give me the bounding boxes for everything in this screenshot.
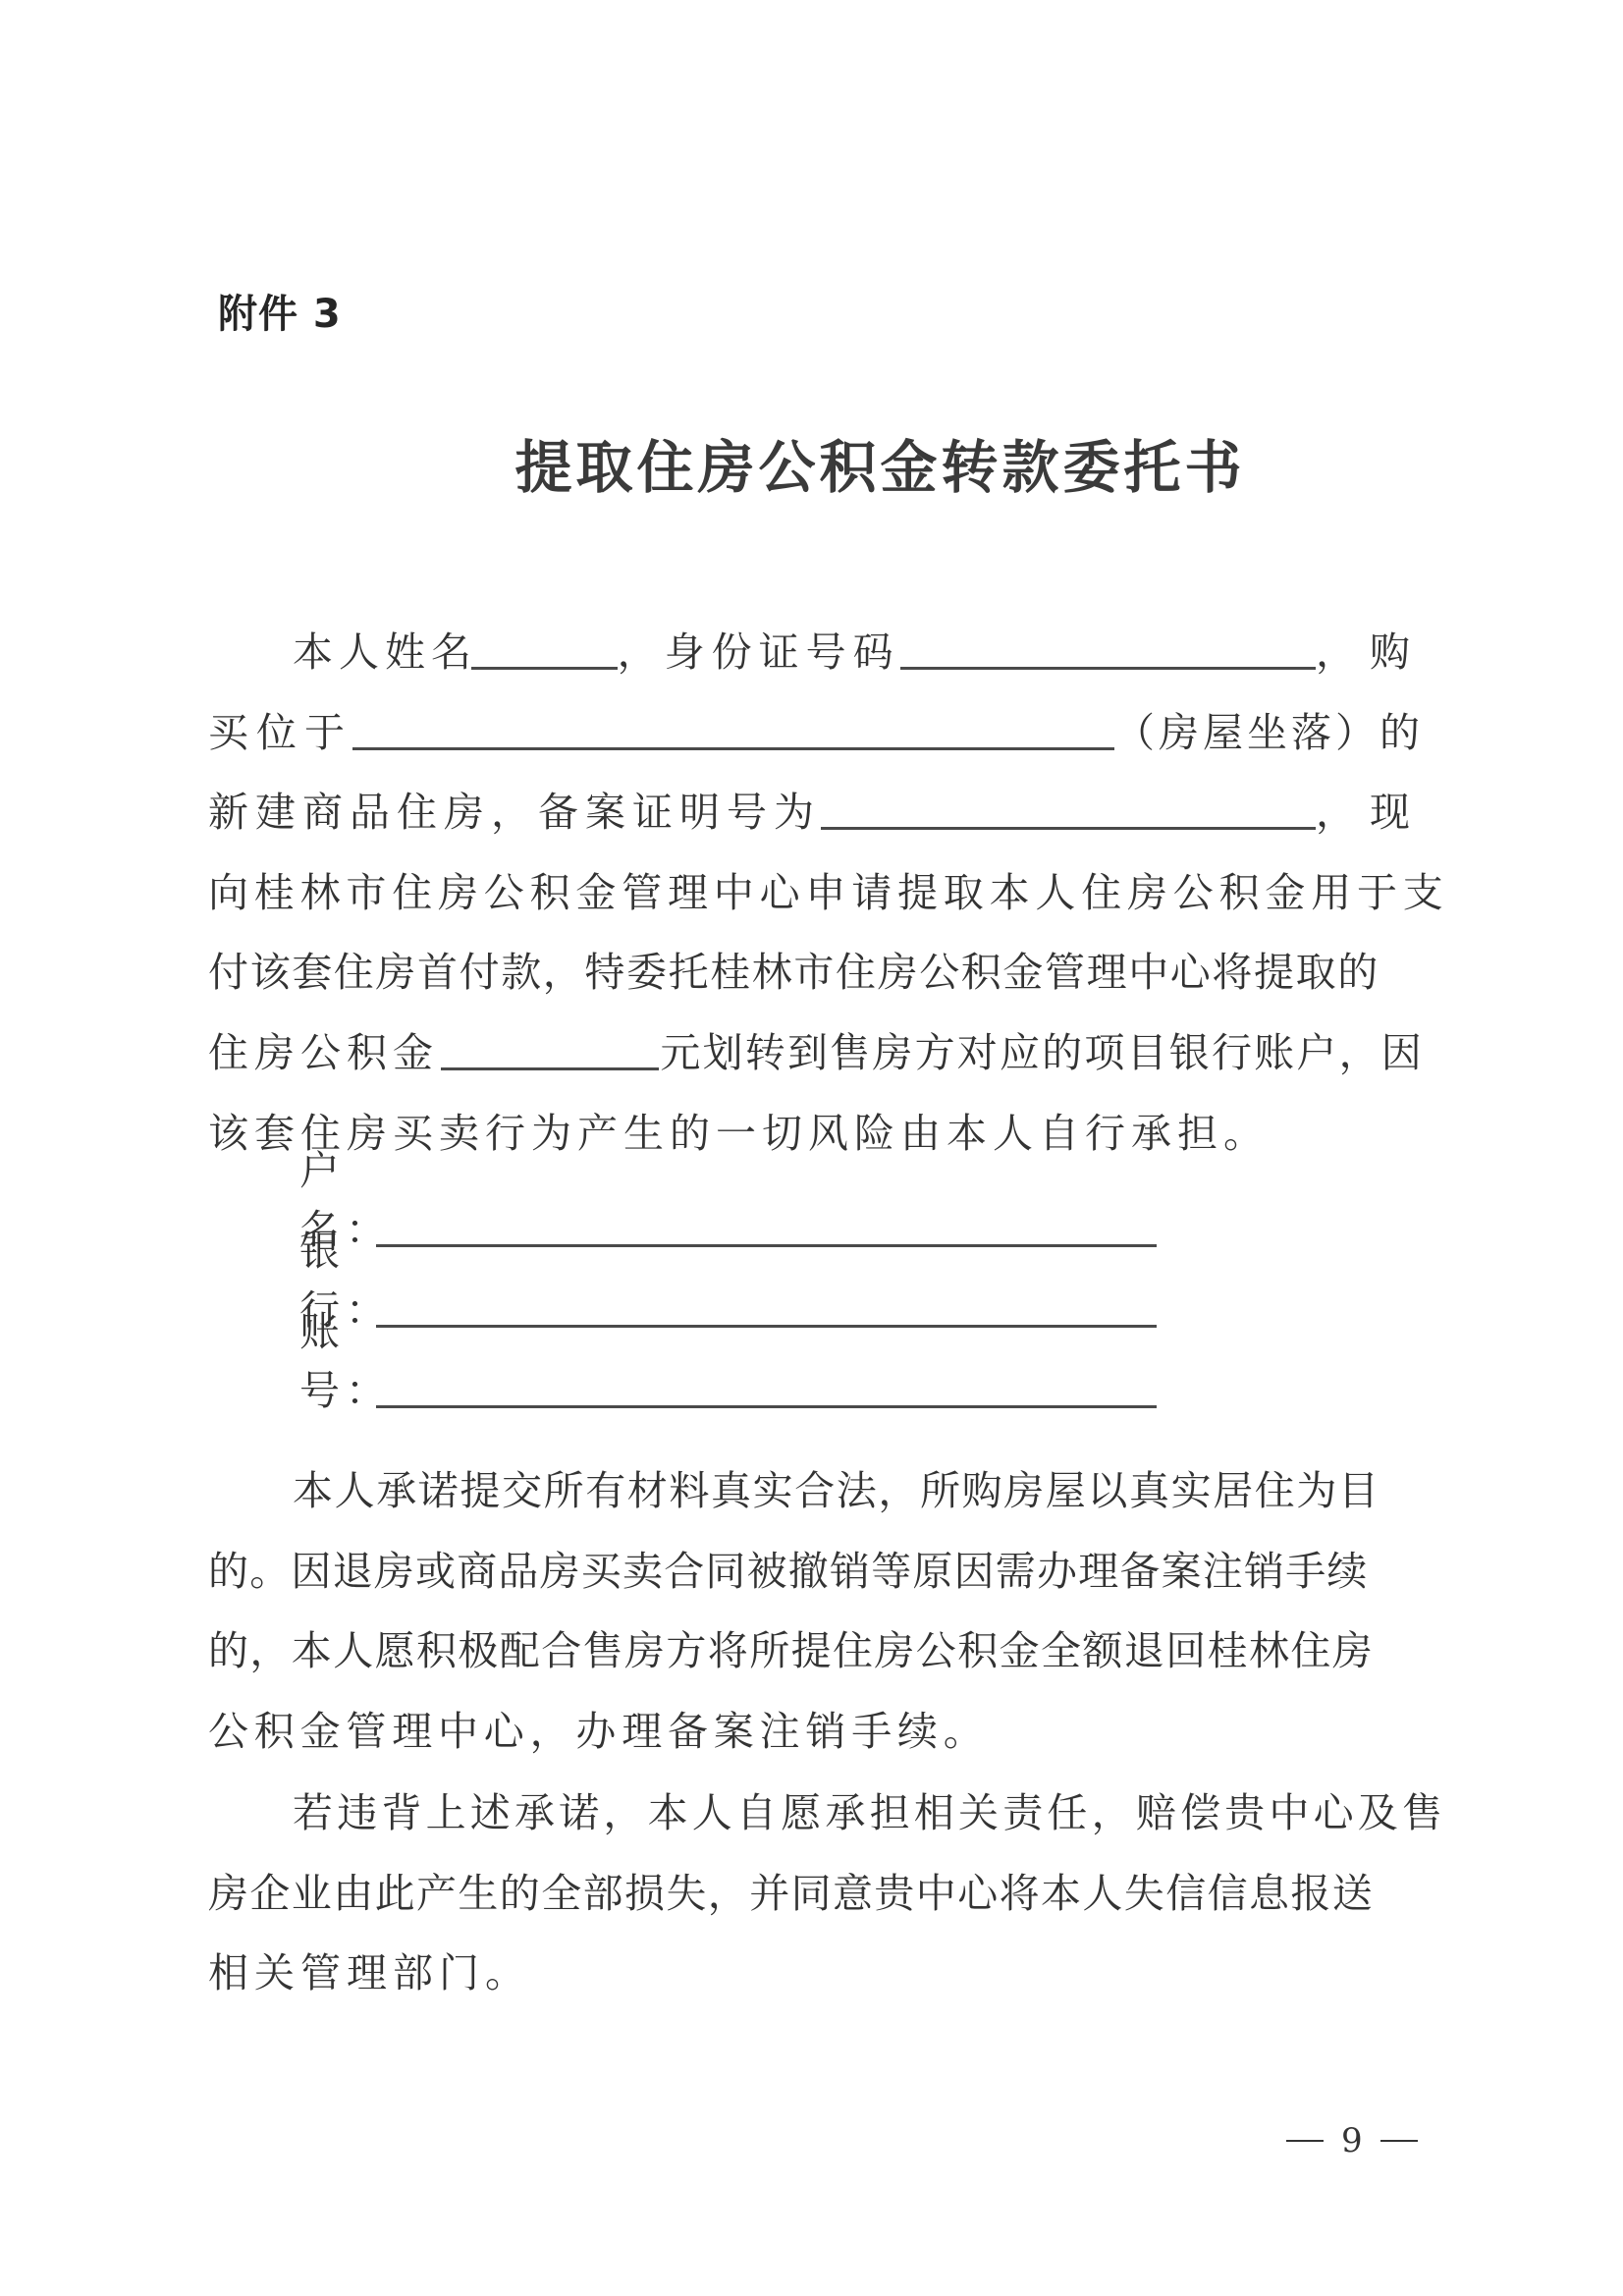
name-blank[interactable]	[471, 628, 618, 670]
paragraph-line: 向桂林市住房公积金管理中心申请提取本人住房公积金用于支	[208, 853, 1424, 934]
page-number-dash-left	[1286, 2140, 1324, 2142]
form-row-bank: 银行：	[299, 1259, 1157, 1339]
paragraph-commitment: 本人承诺提交所有材料真实合法，所购房屋以真实居住为目 的。因退房或商品房买卖合同…	[208, 1451, 1424, 1772]
text-filing-label: 新建商品住房，备案证明号为	[208, 773, 821, 853]
form-row-account-number: 账号：	[299, 1339, 1157, 1420]
paragraph-line: 公积金管理中心，办理备案注销手续。	[208, 1692, 1424, 1773]
paragraph-line: 房企业由此产生的全部损失，并同意贵中心将本人失信信息报送	[208, 1854, 1424, 1935]
paragraph-line: 本人承诺提交所有材料真实合法，所购房屋以真实居住为目	[208, 1451, 1424, 1532]
text-now: ，现	[1316, 773, 1424, 853]
id-number-blank[interactable]	[900, 628, 1316, 670]
text-name-label: 本人姓名	[293, 613, 477, 693]
bank-field[interactable]	[376, 1325, 1157, 1328]
form-row-account-name: 户名：	[299, 1178, 1157, 1259]
paragraph-line: 本人姓名 ，身份证号码 ，购	[208, 613, 1424, 693]
text-id-label: ，身份证号码	[618, 613, 900, 693]
filing-number-blank[interactable]	[821, 788, 1316, 830]
paragraph-line: 该套住房买卖行为产生的一切风险由本人自行承担。	[208, 1094, 1424, 1175]
paragraph-line: 相关管理部门。	[208, 1934, 1424, 2014]
text-transfer: 元划转到售房方对应的项目银行账户，因	[660, 1013, 1424, 1094]
document-page: 附件 3 提取住房公积金转款委托书 本人姓名 ，身份证号码 ，购 买位于 （房屋…	[0, 0, 1623, 2296]
text-located-at: 买位于	[208, 693, 352, 774]
paragraph-line: 的，本人愿积极配合售房方将所提住房公积金全额退回桂林住房	[208, 1612, 1424, 1692]
page-number-value: 9	[1341, 2121, 1363, 2160]
paragraph-line: 住房公积金 元划转到售房方对应的项目银行账户，因	[208, 1013, 1424, 1094]
paragraph-line: 付该套住房首付款，特委托桂林市住房公积金管理中心将提取的	[208, 933, 1424, 1013]
page-number: 9	[1286, 2121, 1418, 2160]
location-blank[interactable]	[352, 708, 1114, 750]
account-number-field[interactable]	[376, 1405, 1157, 1408]
text-location-note: （房屋坐落）的	[1114, 693, 1424, 774]
page-number-dash-right	[1380, 2140, 1418, 2142]
document-title: 提取住房公积金转款委托书	[0, 428, 1623, 507]
account-form: 户名： 银行： 账号：	[299, 1178, 1157, 1420]
account-name-field[interactable]	[376, 1244, 1157, 1247]
account-number-label: 账号：	[299, 1302, 386, 1420]
paragraph-line: 的。因退房或商品房买卖合同被撤销等原因需办理备案注销手续	[208, 1532, 1424, 1613]
text-fund-label: 住房公积金	[208, 1013, 439, 1094]
attachment-label: 附件 3	[218, 287, 342, 342]
amount-blank[interactable]	[441, 1028, 659, 1070]
paragraph-line: 买位于 （房屋坐落）的	[208, 693, 1424, 774]
paragraph-entrustment: 本人姓名 ，身份证号码 ，购 买位于 （房屋坐落）的 新建商品住房，备案证明号为…	[208, 613, 1424, 1174]
text-buy-prefix: ，购	[1316, 613, 1424, 693]
paragraph-liability: 若违背上述承诺，本人自愿承担相关责任，赔偿贵中心及售 房企业由此产生的全部损失，…	[208, 1774, 1424, 2014]
paragraph-line: 若违背上述承诺，本人自愿承担相关责任，赔偿贵中心及售	[208, 1774, 1424, 1854]
paragraph-line: 新建商品住房，备案证明号为 ，现	[208, 773, 1424, 853]
